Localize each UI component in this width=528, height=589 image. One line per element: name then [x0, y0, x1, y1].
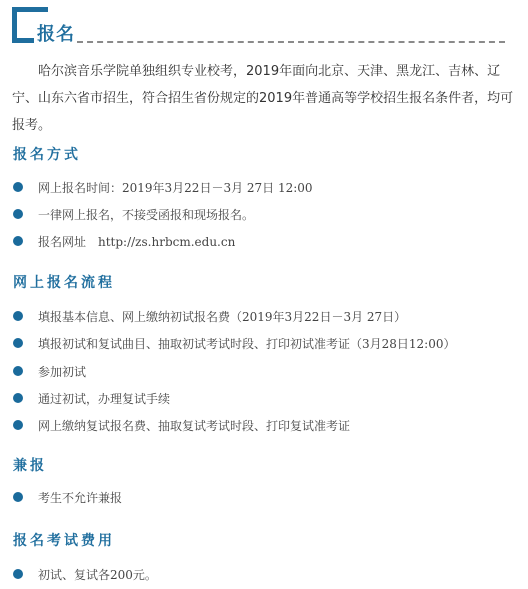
list-item: 考生不允许兼报 — [13, 487, 122, 507]
list-item: 初试、复试各200元。 — [13, 564, 157, 584]
bullet-icon — [13, 420, 23, 430]
bullet-icon — [13, 338, 23, 348]
bullet-icon — [13, 209, 23, 219]
list-item-url: 报名网址 http://zs.hrbcm.edu.cn — [13, 231, 235, 251]
list-item: 通过初试，办理复试手续 — [13, 388, 170, 408]
list-item: 网上报名时间：2019年3月22日－3月 27日 12:00 — [13, 177, 313, 197]
bullet-icon — [13, 182, 23, 192]
bullet-icon — [13, 311, 23, 321]
bullet-icon — [13, 569, 23, 579]
bullet-icon — [13, 393, 23, 403]
page-title: 报名 — [37, 25, 75, 45]
section-title-online-process: 网上报名流程 — [13, 272, 115, 292]
bullet-icon — [13, 492, 23, 502]
list-item: 填报基本信息、网上缴纳初试报名费（2019年3月22日－3月 27日） — [13, 306, 406, 326]
list-item: 参加初试 — [13, 361, 86, 381]
dashed-divider — [77, 41, 505, 43]
intro-paragraph: 哈尔滨音乐学院单独组织专业校考，2019年面向北京、天津、黑龙江、吉林、辽宁、山… — [12, 58, 517, 139]
section-title-registration-method: 报名方式 — [13, 144, 81, 164]
list-item: 一律网上报名，不接受函报和现场报名。 — [13, 204, 254, 224]
bracket-decoration-tail — [12, 38, 34, 43]
bullet-icon — [13, 366, 23, 376]
section-title-concurrent: 兼报 — [13, 455, 47, 475]
list-item: 网上缴纳复试报名费、抽取复试考试时段、打印复试准考证 — [13, 415, 350, 435]
section-title-fees: 报名考试费用 — [13, 530, 115, 550]
bullet-icon — [13, 236, 23, 246]
list-item: 填报初试和复试曲目、抽取初试考试时段、打印初试准考证（3月28日12:00） — [13, 333, 456, 353]
